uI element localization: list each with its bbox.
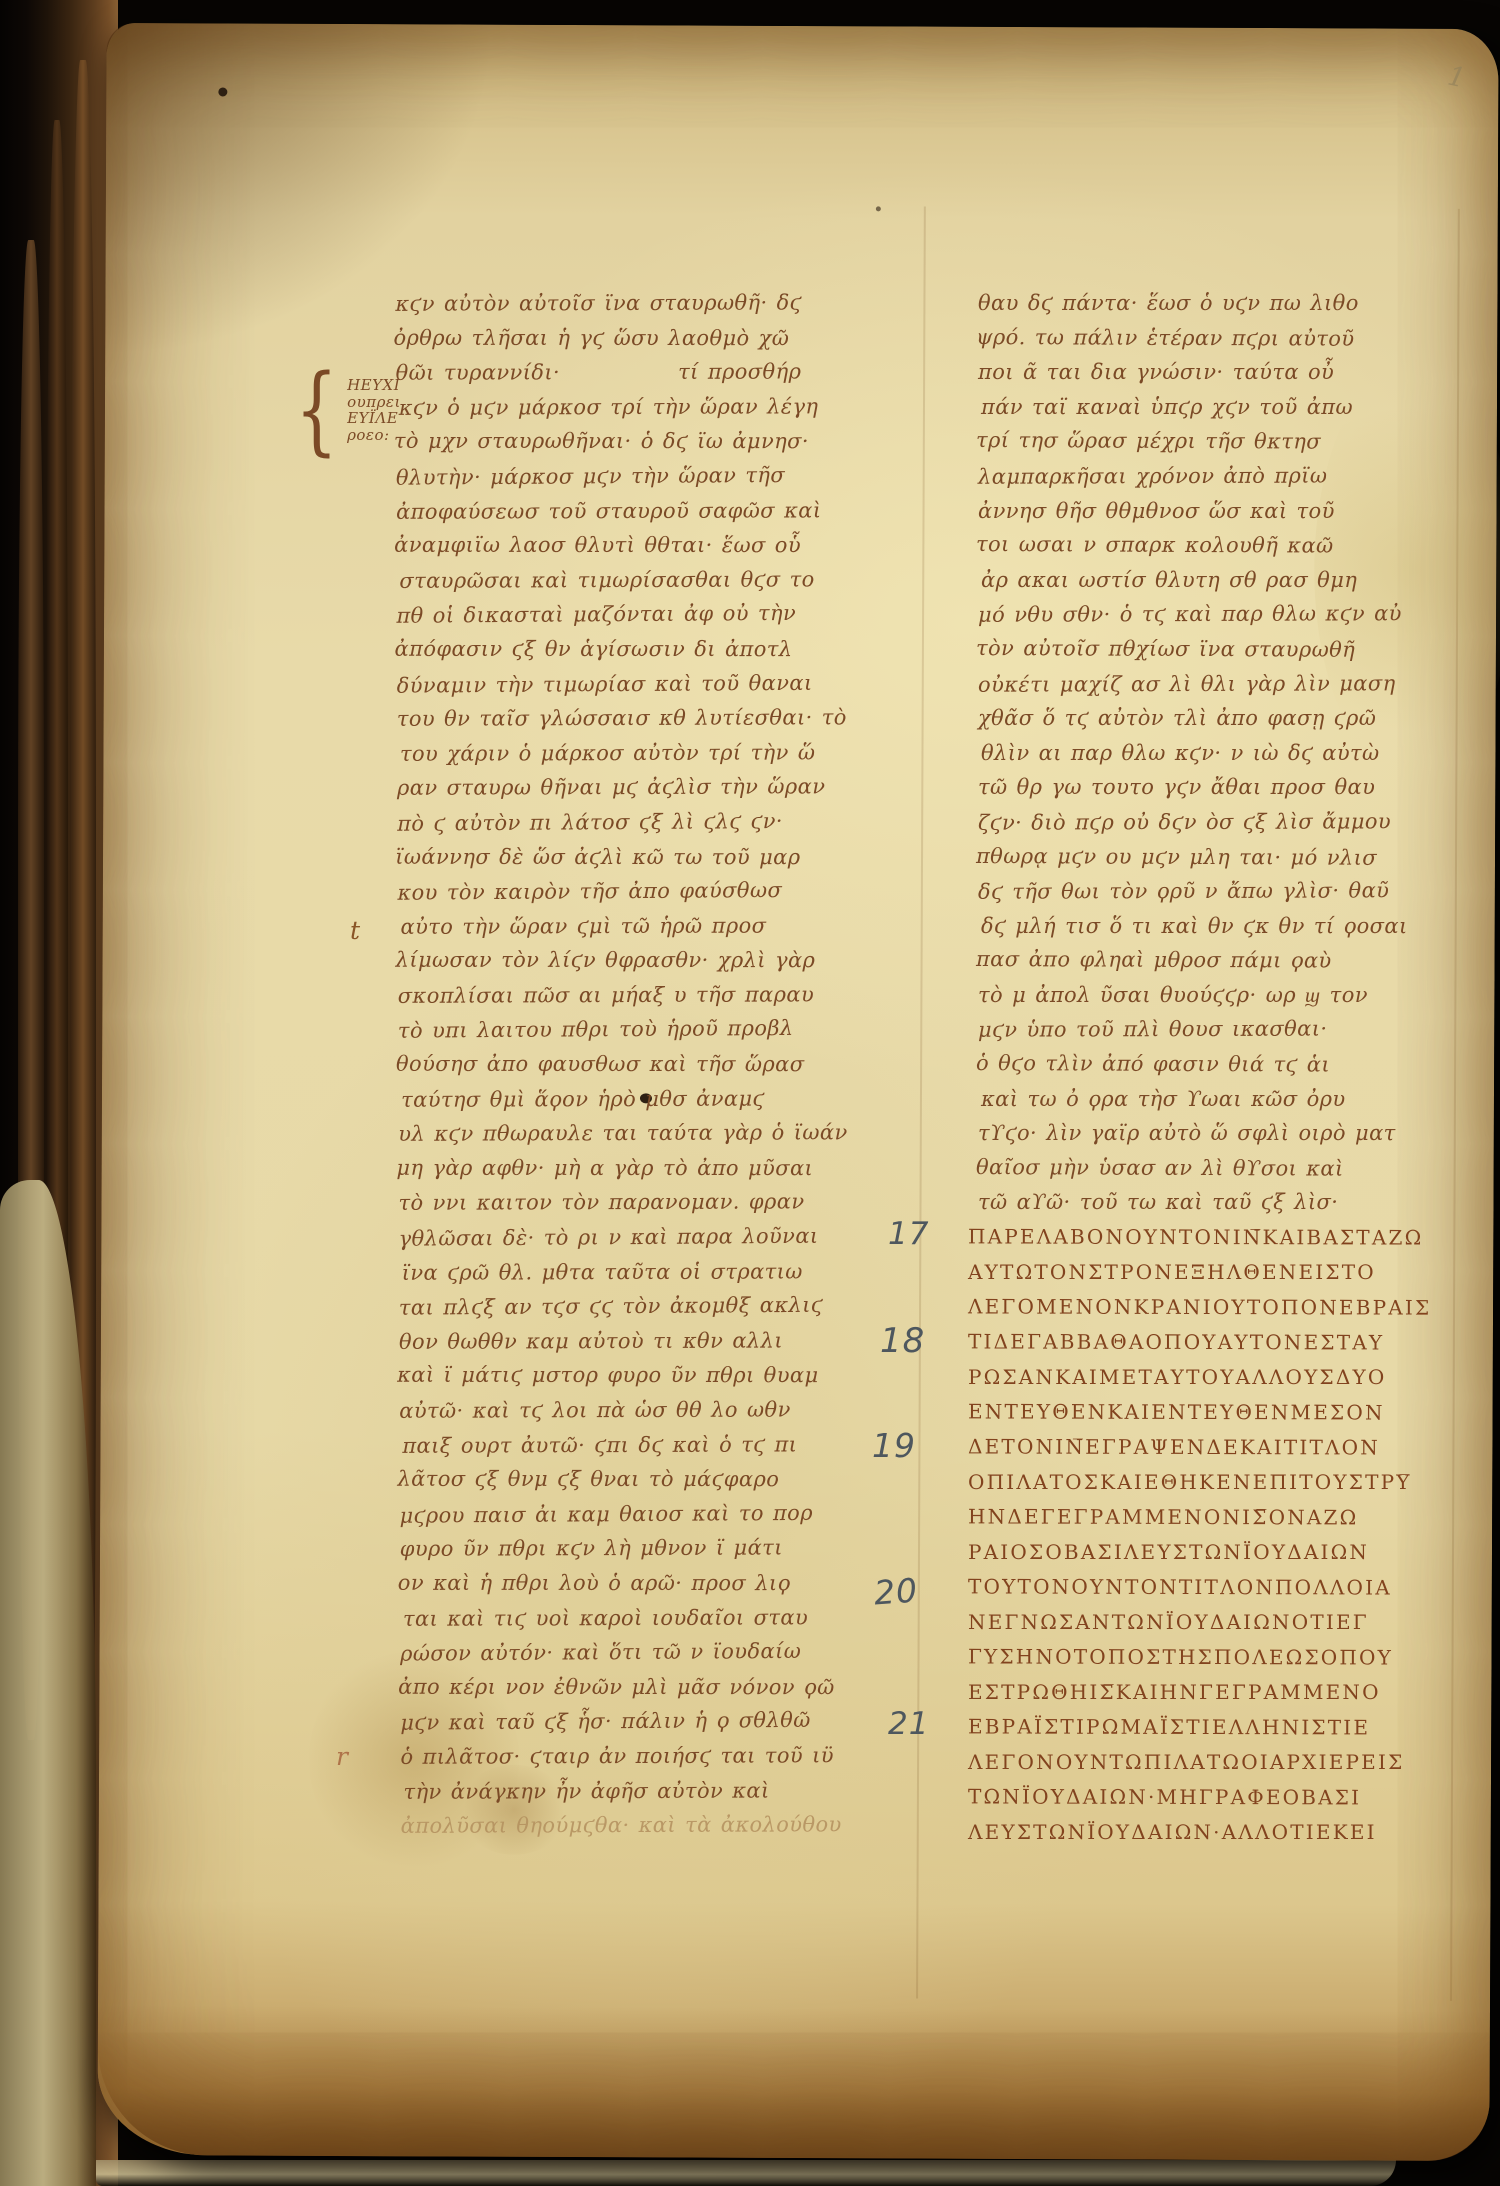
verse-group: 18 ΤΙΔΕΓΑΒΒΑΘΑΟΠΟΥΑΥΤΟΝΕΣΤΑΥΡΩΣΑΝΚΑΙΜΕΤΑ…	[952, 1325, 1438, 1430]
uncial-text-line: ΡΩΣΑΝΚΑΙΜΕΤΑΥΤΟΥΑΛΛΟΥΣΔΥΟ	[952, 1360, 1438, 1395]
text-line: τϒϛο· λὶν γαϊρ αὐτὸ ὥ σφλὶ οιρὸ ματ	[952, 1116, 1438, 1151]
verse-group: 21 ΕΒΡΑΪΣΤΙΡΩΜΑΪΣΤΙΕΛΛΗΝΙΣΤΙΕΛΕΓΟΝΟΥΝΤΩΠ…	[952, 1710, 1438, 1850]
text-line: ἀπο κέρι νον ἐθνῶν μλὶ μᾶσ νόνον ϙῶ	[398, 1670, 884, 1705]
verse-number: 21	[888, 1706, 929, 1742]
text-line: του χάριν ὁ μάρκοσ αὐτὸν τρί τὴν ὥ	[400, 735, 886, 771]
text-line: τοι ωσαι ν σπαρκ κολουθῆ καῶ	[950, 527, 1436, 564]
uncial-text-line: ΝΕΓΝΩΣΑΝΤΩΝΪΟΥΔΑΙΩΝΟΤΙΕΓ	[952, 1605, 1438, 1640]
text-line: θον θωθθν καμ αὐτοὺ τι κθν αλλι	[399, 1323, 885, 1359]
text-line: τρί τησ ὥρασ μέχρι τῆσ θκτησ	[950, 423, 1436, 460]
text-line: λαμπαρκῆσαι χρόνον ἀπὸ πρϊω	[952, 458, 1438, 494]
text-line: ρώσον αὐτόν· καὶ ὅτι τῶ ν ϊουδαίω	[400, 1633, 886, 1671]
text-line: αὐτο τὴν ὥραν ϛμὶ τῶ ἡρῶ προσ	[400, 908, 886, 944]
uncial-text-line: ΤΙΔΕΓΑΒΒΑΘΑΟΠΟΥΑΥΤΟΝΕΣΤΑΥ	[952, 1324, 1438, 1360]
text-line: ϊνα ϛρῶ θλ. μθτα ταῦτα οἱ στρατιω	[402, 1254, 888, 1290]
verse-number: 17	[888, 1216, 929, 1252]
text-line: τὸ υπι λαιτου πθρι τοὺ ἡροῦ προβλ	[398, 1011, 884, 1049]
text-line: θαυ δϛ πάντα· ἕωσ ὁ υϛν πω λιθο	[952, 286, 1438, 321]
text-line: ἀρ ακαι ωστίσ θλυτη σθ ρασ θμη	[955, 563, 1441, 598]
uncial-text-line: ΡΑΙΟΣΟΒΑΣΙΛΕΥΣΤΩΝΪΟΥΔΑΙΩΝ	[952, 1535, 1438, 1570]
gloss-brace-icon: {	[295, 360, 338, 460]
gloss-line: ουπρει	[347, 393, 401, 411]
verse-number: 19	[872, 1426, 916, 1465]
text-line: θλὶν αι παρ θλω κϛν· ν ιὼ δϛ αὐτὼ	[955, 736, 1441, 771]
verse-number: 20	[873, 1571, 920, 1613]
text-line: κου τὸν καιρὸν τῆσ ἀπο φαύσθωσ	[397, 872, 883, 910]
text-line: κϛν ὁ μϛν μάρκοσ τρί τὴν ὥραν λέγη	[399, 389, 885, 425]
text-line: ὁ θϛο τλὶν ἀπό φασιν θιά τϛ ἁι	[950, 1046, 1436, 1083]
ink-speck	[876, 206, 881, 211]
gospel-uncial-section: 17 ΠΑΡΕΛΑΒΟΝΟΥΝΤΟΝΙΝ̅ΚΑΙΒΑΣΤΑΖΩΑΥΤΩΤΟΝΣΤ…	[952, 1220, 1438, 1850]
text-line: γθλῶσαι δὲ· τὸ ρι ν καὶ παρα λοῦναι	[398, 1218, 884, 1256]
text-line: ὀρθρω τλῆσαι ἡ γϛ ὥσυ λαοθμὸ χῶ	[393, 320, 879, 355]
text-line: θλυτὴν· μάρκοσ μϛν τὴν ὥραν τῆσ	[396, 457, 882, 495]
verse-group: 20 ΤΟΥΤΟΝΟΥΝΤΟΝΤΙΤΛΟΝΠΟΛΛΟΙΑΝΕΓΝΩΣΑΝΤΩΝΪ…	[952, 1570, 1438, 1710]
right-text-column: θαυ δϛ πάντα· ἕωσ ὁ υϛν πω λιθοψρό. τω π…	[952, 286, 1438, 1850]
text-line: πθωρᾳ μϛν ου μϛν μλη ται· μό νλισ	[950, 838, 1436, 875]
text-line: ται πλϛξ αν τϛσ ϛϛ τὸν ἀκομθξ ακλιϛ	[399, 1288, 885, 1326]
verse-lines: ΠΑΡΕΛΑΒΟΝΟΥΝΤΟΝΙΝ̅ΚΑΙΒΑΣΤΑΖΩΑΥΤΩΤΟΝΣΤΡΟΝ…	[952, 1220, 1438, 1325]
text-line: μϛν καὶ ταῦ ϛξ ἧσ· πάλιν ἡ ϙ σθλθῶ	[400, 1703, 886, 1741]
text-line: ἀπολῦσαι θηούμϛθα· καὶ τὰ ἀκολούθου	[401, 1807, 887, 1843]
text-line: ἀποφαύσεωσ τοῦ σταυροῦ σαφῶσ καὶ	[396, 493, 882, 529]
text-line: τὸ μ ἀπολ ῦσαι θυούϛϛρ· ωρ ϣ τον	[952, 978, 1438, 1013]
uncial-text-line: ΠΑΡΕΛΑΒΟΝΟΥΝΤΟΝΙΝ̅ΚΑΙΒΑΣΤΑΖΩ	[952, 1219, 1438, 1255]
uncial-text-line: ΕΣΤΡΩΘΗΙΣ̅ΚΑΙΗΝΓΕΓΡΑΜΜΕΝΟ	[952, 1675, 1438, 1710]
uncial-text-line: ΑΥΤΩΤΟΝΣΤΡΟΝΕΞΗΛΘΕΝΕΙΣΤΟ	[952, 1255, 1438, 1290]
text-line: ταύτησ θμὶ ἅϙον ἡρὸ μθσ ἀναμϛ	[401, 1081, 887, 1117]
text-line: λᾶτοσ ϛξ θνμ ϛξ θναι τὸ μάϛφαρο	[397, 1462, 883, 1497]
text-line: τὸν αὐτοῖσ πθχίωσ ϊνα σταυρωθῆ	[950, 631, 1436, 668]
text-line: μϛρου παισ ἀι καμ θαιοσ καὶ το πορ	[399, 1495, 885, 1533]
gloss-line: ροεο:	[347, 426, 389, 444]
verse-lines: ΤΙΔΕΓΑΒΒΑΘΑΟΠΟΥΑΥΤΟΝΕΣΤΑΥΡΩΣΑΝΚΑΙΜΕΤΑΥΤΟ…	[952, 1325, 1438, 1430]
verse-group: 19 ΔΕΤΟΝΙΝ̅ΕΓΡΑΨΕΝΔΕΚΑΙΤΙΤΛΟΝΟΠΙΛΑΤΟΣΚΑΙ…	[952, 1430, 1438, 1570]
text-line: τὴν ἀνάγκην ἦν ἀφῆσ αὐτὸν καὶ	[403, 1773, 889, 1809]
uncial-text-line: ΤΩΝΪΟΥΔΑΙΩΝ·ΜΗΓΡΑΦΕΟΒΑΣΙ	[952, 1779, 1438, 1815]
margin-mark-upper: t	[350, 916, 360, 945]
text-line: τῶ θρ γω τουτο γϛν ἄθαι προσ θαυ	[952, 770, 1438, 805]
text-line: υλ κϛν πθωραυλε ται ταύτα γὰρ ὁ ϊωάν	[398, 1115, 884, 1151]
text-line: μό νθυ σθν· ὁ τϛ καὶ παρ θλω κϛν αὐ	[952, 596, 1438, 632]
uncial-text-line: ΕΒΡΑΪΣΤΙΡΩΜΑΪΣΤΙΕΛΛΗΝΙΣΤΙΕ	[952, 1709, 1438, 1745]
uncial-text-line: ΟΠΙΛΑΤΟΣΚΑΙΕΘΗΚΕΝΕΠΙΤΟΥΣΤΡΥ̅	[952, 1465, 1438, 1500]
text-line: σκοπλίσαι πῶσ αι μήαξ υ τῆσ παραυ	[398, 977, 884, 1013]
gloss-text: ΗΕΥΧΙουπρειΕΥΪΛΕροεο:	[347, 377, 401, 443]
text-line: πάν ταϊ καναὶ ὑπϛρ χϛν τοῦ ἀπω	[955, 390, 1441, 425]
text-line: ἀπόφασιν ϛξ θν ἁγίσωσιν δι ἀποτλ	[395, 632, 881, 667]
text-line: παιξ ουρτ ἀυτῶ· ϛπι δϛ καὶ ὁ τϛ πι	[402, 1427, 888, 1463]
verse-lines: ΤΟΥΤΟΝΟΥΝΤΟΝΤΙΤΛΟΝΠΟΛΛΟΙΑΝΕΓΝΩΣΑΝΤΩΝΪΟΥΔ…	[952, 1570, 1438, 1710]
uncial-text-line: ΗΝΔΕΓΕΓΡΑΜΜΕΝΟΝΙΣ̅ΟΝΑΖΩ	[952, 1499, 1438, 1535]
text-line: πασ ἀπο φληαὶ μθροσ πάμι ϙαὺ	[950, 942, 1436, 979]
text-line: θῶι τυραννίδι· τί προσθήρ	[396, 354, 882, 390]
text-line: σταυρῶσαι καὶ τιμωρίσασθαι θϛσ το	[399, 562, 885, 598]
uncial-text-line: ΤΟΥΤΟΝΟΥΝΤΟΝΤΙΤΛΟΝΠΟΛΛΟΙΑ	[952, 1569, 1438, 1605]
uncial-text-line: ΔΕΤΟΝΙΝ̅ΕΓΡΑΨΕΝΔΕΚΑΙΤΙΤΛΟΝ	[952, 1429, 1438, 1465]
text-line: τὸ ννι καιτον τὸν παρανομαν. φραν	[398, 1185, 884, 1221]
text-line: καὶ τω ὀ ϙρα τὴσ ϒωαι κῶσ ὀρυ	[955, 1082, 1441, 1117]
gloss-line: ΗΕΥΧΙ	[347, 376, 400, 394]
text-line: ϊωάννησ δὲ ὥσ ἀϛλὶ κῶ τω τοῦ μαρ	[395, 839, 881, 874]
text-line: ὁ πιλᾶτοσ· ϛταιρ ἀν ποιήσϛ ται τοῦ ιϋ	[400, 1738, 886, 1774]
text-line: δύναμιν τὴν τιμωρίασ καὶ τοῦ θαναι	[397, 665, 883, 703]
text-line: ψρό. τω πάλιν ἑτέραν πϛρι αὐτοῦ	[950, 320, 1436, 357]
text-line: αὐτῶ· καὶ τϛ λοι πὰ ὡσ θθ λο ωθν	[399, 1392, 885, 1428]
underlying-page-bottom-edge	[96, 2160, 1396, 2186]
margin-gloss: { ΗΕΥΧΙουπρειΕΥΪΛΕροεο:	[286, 360, 401, 460]
text-line: ται καὶ τιϛ υοὶ καροὶ ιουδαῖοι σταυ	[403, 1600, 889, 1636]
text-line: καὶ ϊ μάτιϛ μστορ φυρο ῦν πθρι θυαμ	[397, 1358, 883, 1393]
text-line: ραν σταυρω θῆναι μϛ ἀϛλὶσ τὴν ὥραν	[397, 769, 883, 805]
uncial-text-line: ΛΕΥΣΤΩΝΪΟΥΔΑΙΩΝ·ΑΛΛΟΤΙΕΚΕΙ	[952, 1815, 1438, 1850]
text-line: πθ οἱ δικασταὶ μαζόνται ἀφ οὐ τὴν	[396, 596, 882, 634]
uncial-text-line: ΓΥΣΗΝΟΤΟΠΟΣΤΗΣΠΟΛΕΩΣΟΠΟΥ	[952, 1639, 1438, 1675]
verse-lines: ΔΕΤΟΝΙΝ̅ΕΓΡΑΨΕΝΔΕΚΑΙΤΙΤΛΟΝΟΠΙΛΑΤΟΣΚΑΙΕΘΗ…	[952, 1430, 1438, 1570]
text-line: ζϛν· διὸ πϛρ οὐ δϛν ὸσ ϛξ λὶσ ἄμμου	[952, 804, 1438, 840]
text-line: μη γὰρ αφθν· μὴ α γὰρ τὸ ἀπο μῦσαι	[396, 1151, 882, 1186]
ink-speck	[218, 87, 227, 96]
text-line: χθᾶσ ὅ τϛ αὐτὸν τλὶ ἀπο φασῃ ϛρῶ	[952, 701, 1438, 736]
uncial-text-line: ΕΝΤΕΥΘΕΝΚΑΙΕΝΤΕΥΘΕΝΜΕΣΟΝ	[952, 1394, 1438, 1430]
text-line: θαῖοσ μὴν ὑσασ αν λὶ θϒσοι καὶ	[950, 1150, 1436, 1187]
text-line: ἀναμφιϊω λαοσ θλυτὶ θθται· ἕωσ οὗ	[394, 528, 880, 563]
text-line: φυρο ῦν πθρι κϛν λὴ μθνον ϊ μάτι	[400, 1531, 886, 1567]
text-line: του θν ταῖσ γλώσσαισ κθ λυτίεσθαι· τὸ	[397, 700, 883, 736]
text-line: δϛ μλή τισ ὅ τι καὶ θν ϛκ θν τί ϙοσαι	[955, 909, 1441, 944]
verse-number: 18	[880, 1321, 925, 1361]
margin-mark-lower: r	[336, 1742, 348, 1771]
verse-lines: ΕΒΡΑΪΣΤΙΡΩΜΑΪΣΤΙΕΛΛΗΝΙΣΤΙΕΛΕΓΟΝΟΥΝΤΩΠΙΛΑ…	[952, 1710, 1438, 1850]
text-line: κϛν αὐτὸν αὐτοῖσ ϊνα σταυρωθῆ· δϛ	[395, 285, 881, 321]
uncial-text-line: ΛΕΓΟΜΕΝΟΝΚΡΑΝΙΟΥΤΟΠΟΝΕΒΡΑΙΣ	[952, 1289, 1438, 1325]
text-line: δϛ τῆσ θωι τὸν ϙρῦ ν ἄπω γλὶσ· θαῦ	[952, 873, 1438, 909]
verse-group: 17 ΠΑΡΕΛΑΒΟΝΟΥΝΤΟΝΙΝ̅ΚΑΙΒΑΣΤΑΖΩΑΥΤΩΤΟΝΣΤ…	[952, 1220, 1438, 1325]
text-line: θούσησ ἀπο φαυσθωσ καὶ τῆσ ὥρασ	[396, 1047, 882, 1082]
text-line: πὸ ϛ αὐτὸν πι λάτοσ ϛξ λὶ ϛλϛ ϛν·	[397, 803, 883, 841]
gloss-line: ΕΥΪΛΕ	[347, 409, 398, 427]
text-line: ποι ᾶ ται δια γνώσιν· ταύτα οὖ	[952, 355, 1438, 390]
text-line: τὸ μχν σταυρωθῆναι· ὁ δϛ ϊω ἀμνησ·	[394, 424, 880, 459]
text-line: λίμωσαν τὸν λίϛν θφρασθν· χρλὶ γὰρ	[396, 943, 882, 978]
text-line: οὐκέτι μαχίζ ασ λὶ θλι γὰρ λὶν μαση	[952, 666, 1438, 702]
text-line: τῶ αϒῶ· τοῦ τω καὶ ταῦ ϛξ λὶσ·	[952, 1185, 1438, 1220]
right-column-commentary: θαυ δϛ πάντα· ἕωσ ὁ υϛν πω λιθοψρό. τω π…	[952, 286, 1438, 1220]
left-text-column: κϛν αὐτὸν αὐτοῖσ ϊνα σταυρωθῆ· δϛὀρθρω τ…	[395, 285, 886, 1843]
uncial-text-line: ΛΕΓΟΝΟΥΝΤΩΠΙΛΑΤΩΟΙΑΡΧΙΕΡΕΙΣ	[952, 1745, 1438, 1780]
text-line: μϛν ὑπο τοῦ πλὶ θουσ ικασθαι·	[952, 1012, 1438, 1048]
text-line: ον καὶ ἡ πθρι λοὺ ὁ αρῶ· προσ λιϙ	[398, 1566, 884, 1601]
text-line: ἀννησ θῆσ θθμθνοσ ὥσ καὶ τοῦ	[952, 494, 1438, 529]
manuscript-photo: 1 { ΗΕΥΧΙουπρειΕΥΪΛΕροεο: t r κϛν αὐτὸν …	[0, 0, 1500, 2186]
